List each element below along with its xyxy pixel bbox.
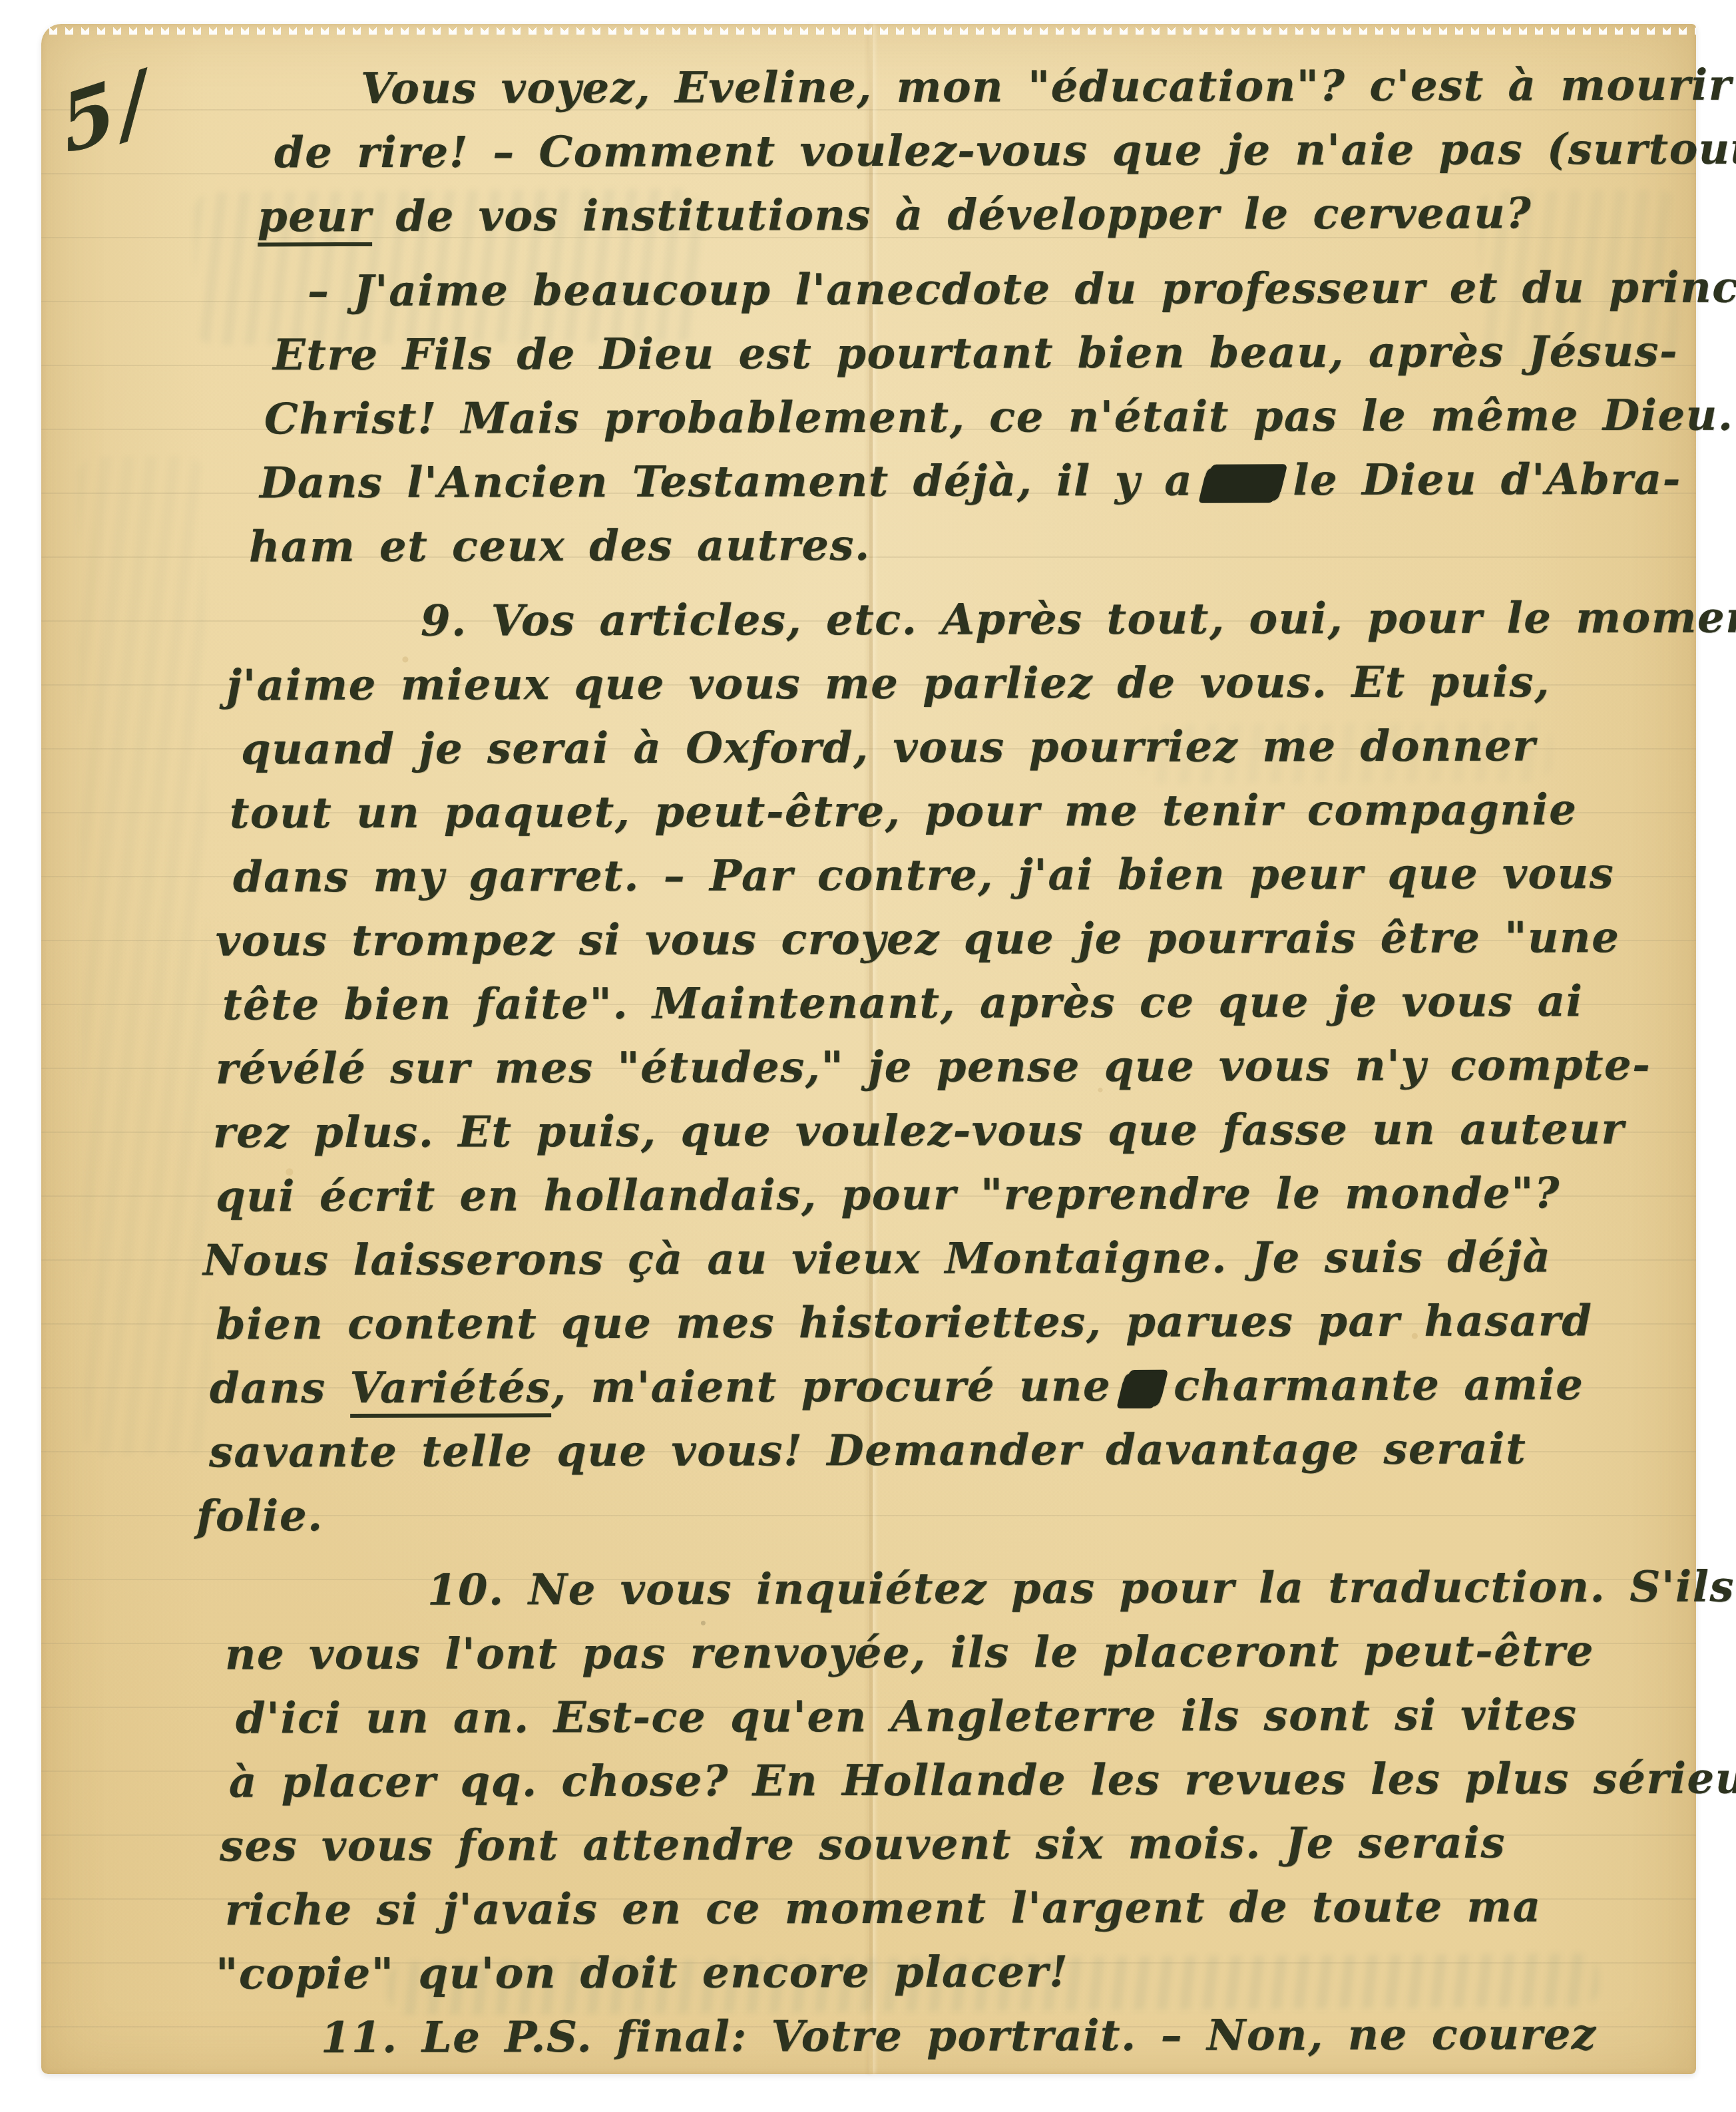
letter-line: riche si j'avais en ce moment l'argent d… bbox=[41, 1875, 1696, 1944]
letter-line: dans Variétés, m'aient procuré unecharma… bbox=[41, 1353, 1696, 1422]
letter-line: de rire! – Comment voulez-vous que je n'… bbox=[41, 118, 1696, 186]
letter-line-text: le Dieu d'Abra- bbox=[1293, 455, 1681, 506]
letter-line: savante telle que vous! Demander davanta… bbox=[41, 1417, 1696, 1486]
letter-line: ses vous font attendre souvent six mois.… bbox=[41, 1811, 1696, 1880]
scratched-out-word bbox=[1199, 467, 1286, 501]
letter-line: tout un paquet, peut-être, pour me tenir… bbox=[41, 778, 1696, 847]
letter-line: folie. bbox=[41, 1481, 1696, 1550]
scratched-out-word bbox=[1118, 1373, 1167, 1406]
letter-line: Etre Fils de Dieu est pourtant bien beau… bbox=[41, 320, 1696, 389]
letter-body: Vous voyez, Eveline, mon "éducation"? c'… bbox=[41, 24, 1696, 2074]
letter-line: révélé sur mes "études," je pense que vo… bbox=[41, 1034, 1696, 1102]
letter-line: 9. Vos articles, etc. Après tout, oui, p… bbox=[41, 586, 1696, 655]
letter-line: j'aime mieux que vous me parliez de vous… bbox=[41, 650, 1696, 719]
letter-line-text: de vos institutions à développer le cerv… bbox=[372, 188, 1532, 242]
letter-line: vous trompez si vous croyez que je pourr… bbox=[41, 906, 1696, 974]
letter-line: Nous laisserons çà au vieux Montaigne. J… bbox=[41, 1225, 1696, 1294]
letter-line-text: dans bbox=[210, 1363, 350, 1414]
letter-page: 5/ Vous voyez, Eveline, mon "éducation"?… bbox=[41, 24, 1696, 2074]
letter-line: Vous voyez, Eveline, mon "éducation"? c'… bbox=[41, 54, 1696, 122]
letter-line: dans my garret. – Par contre, j'ai bien … bbox=[41, 842, 1696, 911]
letter-line: d'ici un an. Est-ce qu'en Angleterre ils… bbox=[41, 1683, 1696, 1752]
letter-line: – J'aime beaucoup l'anecdote du professe… bbox=[41, 256, 1696, 325]
letter-line: bien content que mes historiettes, parue… bbox=[41, 1289, 1696, 1358]
letter-line: à placer qq. chose? En Hollande les revu… bbox=[41, 1747, 1696, 1816]
letter-line: qui écrit en hollandais, pour "reprendre… bbox=[41, 1162, 1696, 1230]
letter-line: tête bien faite". Maintenant, après ce q… bbox=[41, 970, 1696, 1038]
letter-line: quand je serai à Oxford, vous pourriez m… bbox=[41, 714, 1696, 783]
scan-background: { "letter": { "page_number": "5/", "pape… bbox=[0, 0, 1736, 2112]
letter-line-text: , m'aient procuré une bbox=[551, 1361, 1112, 1412]
underlined-word: Variétés bbox=[349, 1363, 551, 1418]
underlined-word: peur bbox=[258, 192, 372, 246]
torn-paper-edge bbox=[41, 24, 1696, 35]
letter-line: 10. Ne vous inquiétez pas pour la traduc… bbox=[41, 1556, 1696, 1624]
letter-line: peur de vos institutions à développer le… bbox=[41, 182, 1696, 250]
letter-line: "copie" qu'on doit encore placer! bbox=[41, 1939, 1696, 2007]
letter-line-text: charmante amie bbox=[1174, 1360, 1584, 1411]
letter-line: ham et ceux des autres. bbox=[41, 512, 1696, 580]
letter-line: ne vous l'ont pas renvoyée, ils le place… bbox=[41, 1619, 1696, 1688]
letter-line: Christ! Mais probablement, ce n'était pa… bbox=[41, 384, 1696, 453]
letter-line: rez plus. Et puis, que voulez-vous que f… bbox=[41, 1098, 1696, 1166]
letter-line: Dans l'Ancien Testament déjà, il y ale D… bbox=[41, 448, 1696, 517]
letter-line: 11. Le P.S. final: Votre portrait. – Non… bbox=[41, 2003, 1696, 2071]
letter-line-text: Dans l'Ancien Testament déjà, il y a bbox=[260, 456, 1193, 509]
